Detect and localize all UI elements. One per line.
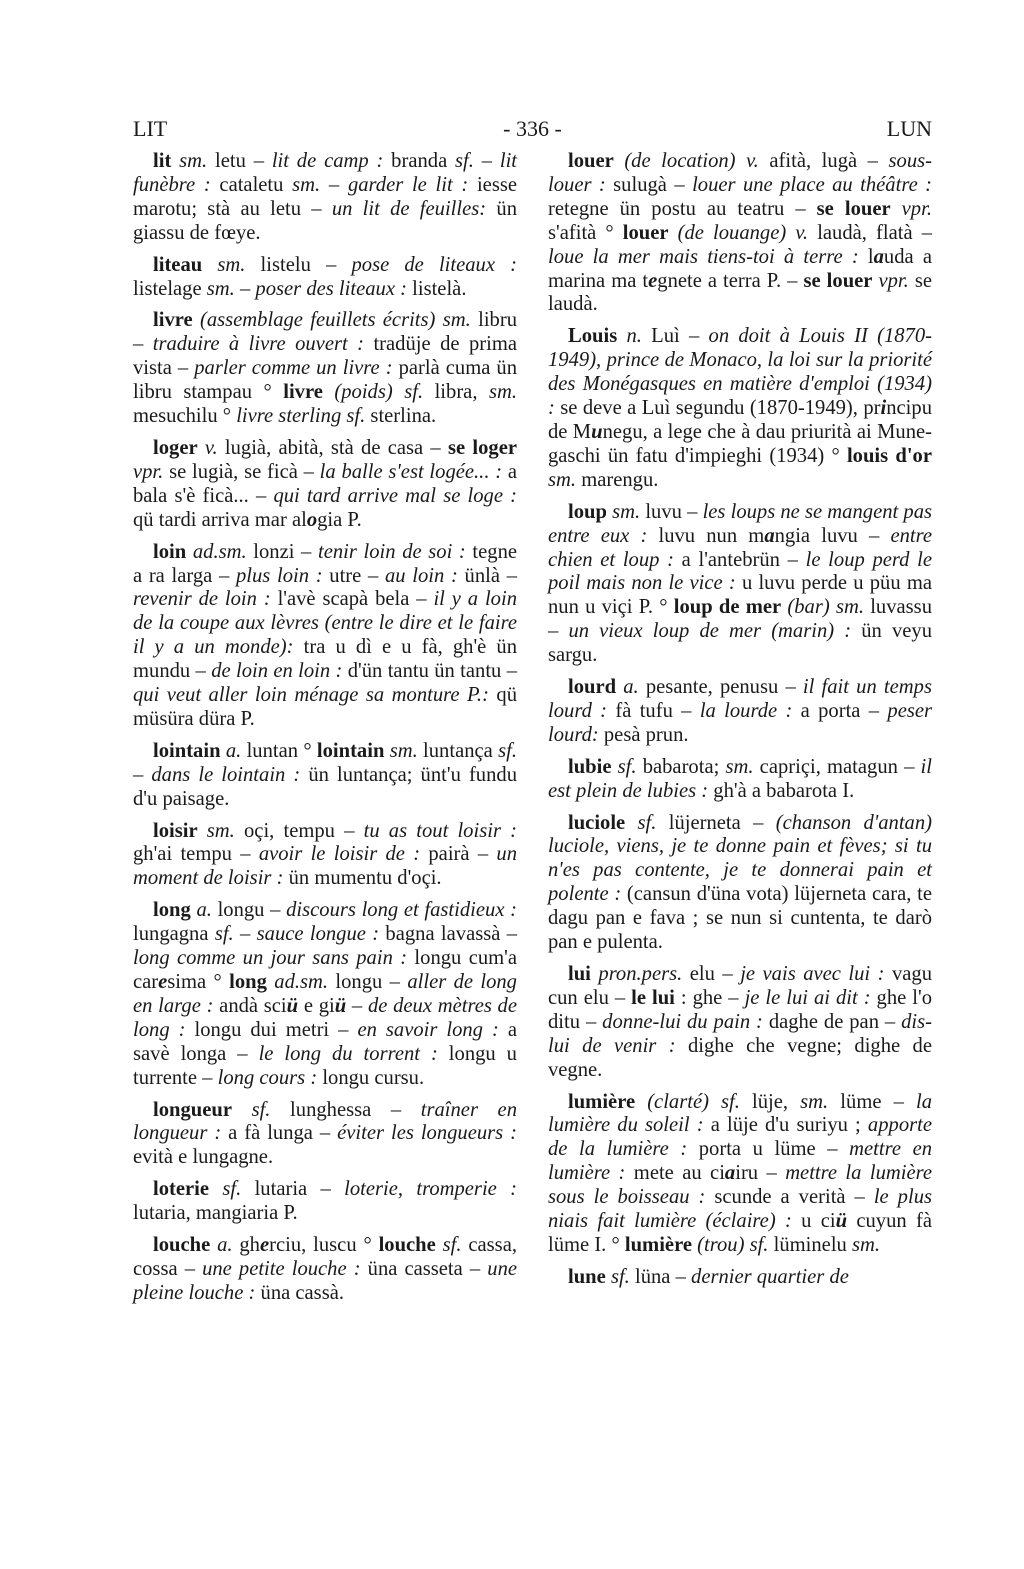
- dictionary-entry-longueur: longueur sf. lunghessa – traîner en long…: [133, 1099, 517, 1171]
- translation: longu –: [328, 971, 407, 993]
- example-or-grammar: long cours :: [218, 1067, 318, 1089]
- example-or-grammar: je vais avec lui :: [740, 963, 884, 985]
- headword: louer: [623, 222, 669, 244]
- translation: longu cursu.: [317, 1067, 424, 1089]
- example-or-grammar: sm.: [852, 1234, 880, 1256]
- example-or-grammar: sauce longue :: [257, 923, 379, 945]
- translation: ngia luvu –: [775, 525, 891, 547]
- example-or-grammar: louer une place au théâtre :: [692, 174, 932, 196]
- dictionary-entry-louche: louche a. gherciu, luscu ° louche sf. ca…: [133, 1234, 517, 1306]
- translation: luvu –: [640, 501, 702, 523]
- example-or-grammar: sf.: [222, 1178, 241, 1200]
- headword: le lui: [631, 987, 675, 1009]
- dictionary-entry-livre: livre (assemblage feuillets écrits) sm. …: [133, 309, 517, 429]
- example-or-grammar: tenir loin de soi :: [318, 541, 466, 563]
- example-or-grammar: pose de liteaux :: [351, 254, 517, 276]
- translation: lun­tança: [418, 740, 498, 762]
- translation: a lüje d'u suriyu ;: [704, 1114, 868, 1136]
- headword: lourd: [568, 676, 616, 698]
- translation: listelu –: [245, 254, 351, 276]
- example-or-grammar: (de louange) v.: [678, 222, 808, 244]
- page-number: - 336 -: [133, 114, 932, 144]
- example-or-grammar: au loin :: [385, 565, 458, 587]
- example-or-grammar: sm.: [489, 381, 517, 403]
- dictionary-entry-lune: lune sf. lüna – dernier quartier de: [548, 1266, 932, 1290]
- headword: se louer: [804, 270, 873, 292]
- translation: üna casseta –: [361, 1258, 488, 1280]
- translation: lugià, abità, stà de casa –: [218, 437, 448, 459]
- translation: oçi, tempu –: [235, 820, 364, 842]
- headword: loisir: [153, 820, 198, 842]
- example-or-grammar: a.: [226, 740, 241, 762]
- translation: pairà –: [420, 843, 496, 865]
- translation: rciu, luscu °: [269, 1234, 378, 1256]
- translation: luntan °: [241, 740, 317, 762]
- translation: gh'ai tempu –: [133, 843, 259, 865]
- example-or-grammar: sm.: [390, 740, 418, 762]
- right-column: louer (de location) v. afità, lugà – sou…: [548, 150, 932, 1298]
- translation: laudà, flatà –: [808, 222, 932, 244]
- example-or-grammar: sm.: [612, 501, 640, 523]
- headword: long: [229, 971, 267, 993]
- headword: long: [153, 899, 191, 921]
- translation: üna cassà.: [255, 1282, 344, 1304]
- example-or-grammar: je le lui ai dit :: [745, 987, 871, 1009]
- example-or-grammar: en savoir long :: [357, 1019, 498, 1041]
- translation: lüminelu: [768, 1234, 852, 1256]
- headword: louis d'or: [847, 445, 932, 467]
- translation: [198, 820, 207, 842]
- headword: se loger: [448, 437, 517, 459]
- headword: lune: [568, 1266, 606, 1288]
- dictionary-entry-lumière: lumière (clarté) sf. lüje, sm. lüme – la…: [548, 1091, 932, 1258]
- translation: afità, lugà –: [759, 150, 889, 172]
- example-or-grammar: long comme un jour sans pain :: [133, 947, 407, 969]
- translation: –: [320, 174, 348, 196]
- translation: [198, 437, 205, 459]
- example-or-grammar: (trou) sf.: [697, 1234, 768, 1256]
- translation: elu –: [682, 963, 740, 985]
- example-or-grammar: loue la mer mais tiens-toi à terre :: [548, 246, 859, 268]
- example-or-grammar: vpr.: [902, 198, 932, 220]
- translation: [193, 309, 200, 331]
- translation: longu –: [212, 899, 286, 921]
- translation: cataletu: [211, 174, 292, 196]
- translation: scunde a verità –: [705, 1186, 873, 1208]
- example-or-grammar: qui tard arrive mal se loge :: [273, 485, 517, 507]
- dictionary-entry-loger: loger v. lugià, abità, stà de casa – se …: [133, 437, 517, 533]
- dictionary-entry-loterie: loterie sf. lutaria – loterie, tromperie…: [133, 1178, 517, 1226]
- dictionary-entry-long: long a. longu – discours long et fasti­d…: [133, 899, 517, 1090]
- translation: se deve a Luì segundu (1870-1949), pr: [555, 397, 881, 419]
- example-or-grammar: de loin en loin :: [211, 660, 342, 682]
- dictionary-entry-liteau: liteau sm. listelu – pose de liteaux : l…: [133, 254, 517, 302]
- example-or-grammar: lit de camp :: [272, 150, 384, 172]
- example-or-grammar: dans le lointain :: [151, 764, 300, 786]
- translation: ün mu­mentu d'oçi.: [283, 867, 441, 889]
- dictionary-entry-lit: lit sm. letu – lit de camp : branda sf. …: [133, 150, 517, 246]
- example-or-grammar: vpr.: [133, 461, 163, 483]
- headword: lubie: [568, 756, 612, 778]
- translation: –: [234, 923, 257, 945]
- headword: lumière: [625, 1234, 692, 1256]
- example-or-grammar: ad.sm.: [193, 541, 247, 563]
- dictionary-entry-lointain: lointain a. luntan ° lointain sm. lun­ta…: [133, 740, 517, 812]
- translation: lüna –: [630, 1266, 691, 1288]
- example-or-grammar: n.: [626, 325, 641, 347]
- headword: loup de mer: [674, 596, 781, 618]
- translation: l: [859, 246, 874, 268]
- page-header: LIT - 336 - LUN: [133, 114, 932, 144]
- example-or-grammar: la balle s'est logée... :: [320, 461, 502, 483]
- translation: retegne ün postu au teatru –: [548, 198, 817, 220]
- headword: louer: [568, 150, 614, 172]
- emphasized-letter: a: [764, 525, 774, 547]
- emphasized-letter: e: [648, 270, 657, 292]
- translation: –: [474, 150, 500, 172]
- translation: a l'antebrün: [674, 549, 788, 571]
- example-or-grammar: tu as tout loisir :: [364, 820, 517, 842]
- example-or-grammar: sf.: [443, 1234, 462, 1256]
- dictionary-entry-loup: loup sm. luvu – les loups ne se man­gent…: [548, 501, 932, 668]
- translation: longu dui metri –: [185, 1019, 357, 1041]
- example-or-grammar: sm.: [292, 174, 320, 196]
- headword: louche: [379, 1234, 436, 1256]
- translation: [209, 1178, 222, 1200]
- translation: listelage: [133, 278, 207, 300]
- translation: iru –: [735, 1162, 785, 1184]
- headword: lui: [568, 963, 591, 985]
- example-or-grammar: qui veut aller loin ménage sa monture P.…: [133, 684, 489, 706]
- translation: ünlà –: [458, 565, 517, 587]
- translation: sulugà –: [606, 174, 692, 196]
- translation: fà tufu –: [607, 700, 700, 722]
- translation: letu –: [207, 150, 272, 172]
- emphasized-letter: u: [591, 421, 602, 443]
- example-or-grammar: (clarté) sf.: [647, 1091, 740, 1113]
- translation: gh: [233, 1234, 260, 1256]
- headword: loger: [153, 437, 198, 459]
- emphasized-letter: e: [158, 971, 167, 993]
- translation: bagna lavassà –: [379, 923, 517, 945]
- translation: [625, 812, 637, 834]
- translation: [436, 1234, 443, 1256]
- right-guide-word: LUN: [887, 114, 932, 144]
- headword: luciole: [568, 812, 625, 834]
- translation: lüme –: [828, 1091, 916, 1113]
- translation: luvu nun m: [647, 525, 764, 547]
- example-or-grammar: revenir de loin :: [133, 588, 271, 610]
- emphasized-letter: ü: [836, 1210, 847, 1232]
- example-or-grammar: donne-lui du pain :: [602, 1011, 763, 1033]
- example-or-grammar: (bar) sm.: [787, 596, 864, 618]
- headword: longueur: [153, 1099, 232, 1121]
- example-or-grammar: vpr.: [878, 270, 908, 292]
- emphasized-letter: ü: [335, 995, 346, 1017]
- example-or-grammar: sm.: [725, 756, 753, 778]
- example-or-grammar: a.: [217, 1234, 232, 1256]
- example-or-grammar: sf.: [498, 740, 517, 762]
- headword: lumière: [568, 1091, 635, 1113]
- translation: [614, 150, 625, 172]
- headword: lointain: [153, 740, 221, 762]
- headword: liteau: [153, 254, 202, 276]
- dictionary-entry-lui: lui pron.pers. elu – je vais avec lui : …: [548, 963, 932, 1083]
- translation: [891, 198, 902, 220]
- translation: pesà prun.: [599, 724, 689, 746]
- example-or-grammar: loterie, tromperie :: [344, 1178, 517, 1200]
- translation: marengu.: [576, 469, 658, 491]
- example-or-grammar: (de location) v.: [624, 150, 759, 172]
- example-or-grammar: sf.: [618, 756, 637, 778]
- translation: sterlina.: [365, 405, 436, 427]
- example-or-grammar: sf.: [638, 812, 657, 834]
- translation: s'afità °: [548, 222, 623, 244]
- translation: evità e lungagne.: [133, 1146, 273, 1168]
- translation: a porta –: [792, 700, 887, 722]
- dictionary-entry-loisir: loisir sm. oçi, tempu – tu as tout loisi…: [133, 820, 517, 892]
- translation: –: [346, 995, 368, 1017]
- translation: lutaria –: [241, 1178, 344, 1200]
- translation: listelà.: [407, 278, 466, 300]
- example-or-grammar: poser des liteaux :: [255, 278, 407, 300]
- dictionary-entry-lubie: lubie sf. babarota; sm. capriçi, mata­gu…: [548, 756, 932, 804]
- example-or-grammar: une petite louche :: [202, 1258, 361, 1280]
- translation: [635, 1091, 647, 1113]
- translation: libra,: [423, 381, 489, 403]
- headword: loup: [568, 501, 607, 523]
- translation: –: [133, 764, 151, 786]
- example-or-grammar: pron.pers.: [598, 963, 682, 985]
- translation: lonzi –: [247, 541, 318, 563]
- headword: lit: [153, 150, 171, 172]
- translation: lüje,: [740, 1091, 800, 1113]
- translation: daghe de pan –: [763, 1011, 901, 1033]
- headword: livre: [283, 381, 323, 403]
- translation: mete au ci: [625, 1162, 725, 1184]
- translation: pesante, penusu –: [639, 676, 803, 698]
- emphasized-letter: ü: [287, 995, 298, 1017]
- dictionary-entry-loin: loin ad.sm. lonzi – tenir loin de soi : …: [133, 541, 517, 732]
- emphasized-letter: o: [307, 509, 317, 531]
- example-or-grammar: discours long et fasti­dieux :: [286, 899, 517, 921]
- translation: a fà lunga –: [221, 1122, 337, 1144]
- example-or-grammar: livre sterling sf.: [236, 405, 365, 427]
- translation: [202, 254, 217, 276]
- example-or-grammar: sm.: [217, 254, 245, 276]
- headword: Louis: [568, 325, 617, 347]
- example-or-grammar: a.: [196, 899, 211, 921]
- example-or-grammar: sf.: [611, 1266, 630, 1288]
- example-or-grammar: sm.: [179, 150, 207, 172]
- example-or-grammar: avoir le loisir de :: [259, 843, 420, 865]
- example-or-grammar: traduire à livre ouvert :: [153, 333, 364, 355]
- left-column: lit sm. letu – lit de camp : branda sf. …: [133, 150, 517, 1314]
- translation: qü tardi arriva mar al: [133, 509, 307, 531]
- example-or-grammar: sf.: [215, 923, 234, 945]
- translation: babarota;: [637, 756, 726, 778]
- translation: d'ün tantu ün tantu –: [342, 660, 517, 682]
- translation: u ci: [792, 1210, 836, 1232]
- example-or-grammar: plus loin :: [236, 565, 323, 587]
- translation: lungagna: [133, 923, 215, 945]
- example-or-grammar: le long du torrent :: [259, 1043, 438, 1065]
- dictionary-entry-lourd: lourd a. pesante, penusu – il fait un te…: [548, 676, 932, 748]
- example-or-grammar: a.: [623, 676, 638, 698]
- translation: mesuchilu °: [133, 405, 236, 427]
- translation: porta u lüme –: [687, 1138, 849, 1160]
- translation: capriçi, mata­gun –: [754, 756, 921, 778]
- example-or-grammar: sm.: [548, 469, 576, 491]
- translation: branda: [383, 150, 455, 172]
- translation: sima °: [167, 971, 229, 993]
- headword: loterie: [153, 1178, 209, 1200]
- translation: [186, 541, 193, 563]
- translation: [669, 222, 678, 244]
- translation: lüjerneta –: [656, 812, 775, 834]
- translation: lutaria, mangiaria P.: [133, 1202, 298, 1224]
- translation: e gi: [298, 995, 335, 1017]
- example-or-grammar: sm.: [207, 820, 235, 842]
- headword: louche: [153, 1234, 210, 1256]
- example-or-grammar: dernier quartier de: [691, 1266, 849, 1288]
- example-or-grammar: (assemblage feuillets écrits) sm.: [200, 309, 471, 331]
- example-or-grammar: un lit de feuilles:: [332, 198, 486, 220]
- headword: loin: [153, 541, 186, 563]
- example-or-grammar: sf.: [252, 1099, 271, 1121]
- translation: andà sci: [213, 995, 286, 1017]
- headword: livre: [153, 309, 193, 331]
- example-or-grammar: sm.: [207, 278, 235, 300]
- translation: : ghe –: [675, 987, 745, 1009]
- translation: [323, 381, 335, 403]
- emphasized-letter: a: [874, 246, 884, 268]
- translation: [232, 1099, 252, 1121]
- translation: gh'à a babarota I.: [708, 780, 854, 802]
- example-or-grammar: parler comme un livre :: [194, 357, 392, 379]
- example-or-grammar: la lourde :: [700, 700, 793, 722]
- example-or-grammar: ad.sm.: [274, 971, 328, 993]
- example-or-grammar: garder le lit :: [348, 174, 468, 196]
- translation: se lugià, se ficà –: [163, 461, 319, 483]
- translation: [171, 150, 179, 172]
- translation: lunghessa –: [270, 1099, 420, 1121]
- example-or-grammar: sf.: [455, 150, 474, 172]
- dictionary-entry-louer: louer (de location) v. afità, lugà – sou…: [548, 150, 932, 317]
- translation: –: [235, 278, 256, 300]
- dictionary-entry-louis: Louis n. Luì – on doit à Louis II (1870-…: [548, 325, 932, 492]
- translation: Luì –: [642, 325, 709, 347]
- emphasized-letter: e: [260, 1234, 269, 1256]
- example-or-grammar: un vieux loup de mer (marin) :: [568, 620, 851, 642]
- example-or-grammar: éviter les lon­gueurs :: [337, 1122, 517, 1144]
- dictionary-entry-luciole: luciole sf. lüjerneta – (chanson d'an­ta…: [548, 812, 932, 955]
- emphasized-letter: a: [725, 1162, 735, 1184]
- example-or-grammar: (poids) sf.: [334, 381, 423, 403]
- translation: utre –: [323, 565, 385, 587]
- translation: l'avè scapà bela –: [271, 588, 434, 610]
- headword: lointain: [317, 740, 385, 762]
- example-or-grammar: sm.: [800, 1091, 828, 1113]
- example-or-grammar: v.: [205, 437, 218, 459]
- translation: gnete a terra P. –: [657, 270, 803, 292]
- headword: se louer: [817, 198, 891, 220]
- translation: gia P.: [317, 509, 362, 531]
